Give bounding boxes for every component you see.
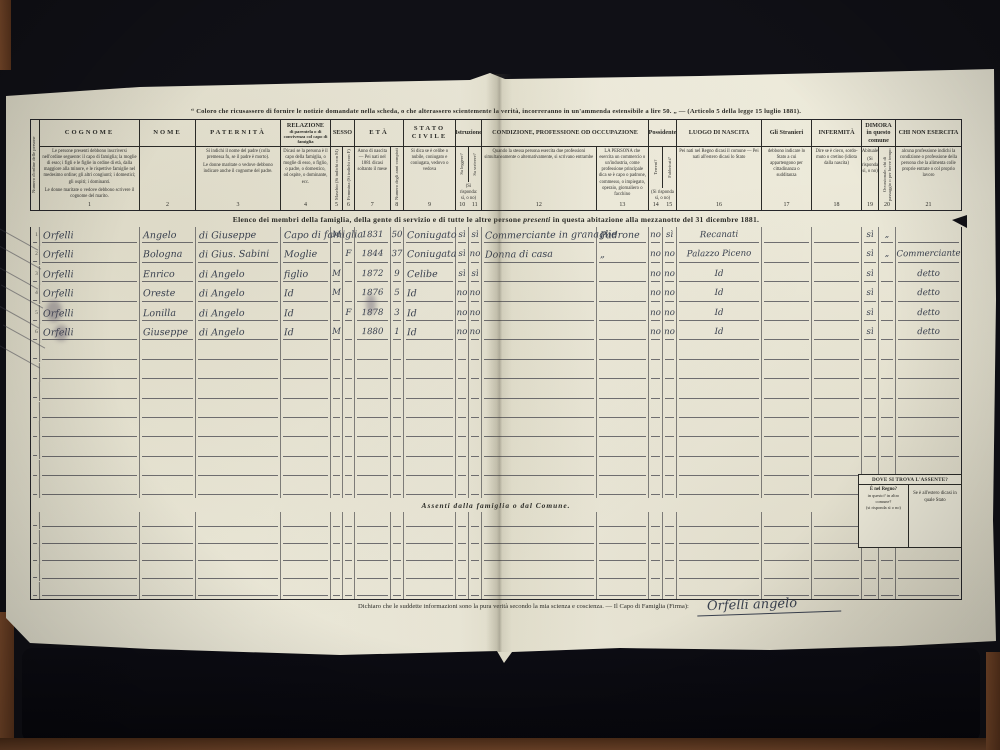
cell-fabbricati: no — [663, 266, 676, 279]
cell-infermita — [812, 421, 861, 426]
absent-box-in-regno: È nel Regno? in questo? in altro comune?… — [859, 485, 909, 547]
census-form: “ Coloro che ricusassero di fornire le n… — [30, 106, 962, 614]
cell-numero — [31, 460, 40, 479]
cell-nome — [140, 529, 195, 534]
cell-anni-compiuti: 50 — [391, 227, 403, 240]
cell-luogo-nascita — [677, 512, 761, 517]
cell-sesso-m — [331, 401, 342, 405]
cell-relazione — [281, 362, 330, 367]
cell-stranieri — [762, 512, 811, 517]
cell-luogo-nascita: Recanati — [677, 226, 761, 240]
cell-anno-nascita — [355, 343, 390, 347]
cell-cognome — [40, 420, 139, 425]
col-header-stranieri: Gli Stranieri debbono indicare lo Stato … — [762, 120, 812, 210]
list-title: Elenco dei membri della famiglia, della … — [30, 211, 962, 227]
cell-fabbricati — [663, 460, 676, 464]
cell-chi-alimenta: detto — [896, 265, 961, 278]
cell-persona — [597, 265, 648, 270]
cell-chi-alimenta — [896, 440, 961, 445]
cell-sa-scrivere — [469, 547, 481, 551]
cell-paternita — [196, 362, 280, 367]
cell-paternita: di Giuseppe — [196, 226, 280, 241]
cell-dimora-abituale — [862, 343, 878, 347]
cell-relazione — [281, 382, 330, 387]
cell-sa-scrivere — [469, 363, 481, 367]
cell-terreni: no — [649, 304, 662, 317]
cell-sa-scrivere — [469, 564, 481, 568]
cell-dimora-occasionale — [879, 343, 895, 347]
col-header-paternita: PATERNITÀ Si indichi il nome del padre (… — [196, 120, 281, 210]
cell-cognome — [40, 343, 139, 348]
cell-luogo-nascita: Id — [677, 285, 761, 299]
cell-terreni — [649, 479, 662, 483]
cell-terreni — [649, 564, 662, 568]
cell-terreni: no — [649, 324, 662, 337]
cell-paternita: di Angelo — [196, 265, 280, 280]
col-header-infermita: INFERMITÀ Dire se è cieco, sordo-muto o … — [812, 120, 862, 210]
cell-cognome: Orfelli — [40, 285, 139, 300]
cell-infermita — [812, 581, 861, 586]
cell-dimora-occasionale: „ — [879, 227, 895, 240]
cell-terreni — [649, 421, 662, 425]
cell-terreni: no — [649, 266, 662, 279]
cell-sesso-f — [343, 227, 354, 231]
cell-dimora-abituale: sì — [862, 227, 878, 240]
cell-sesso-m — [331, 363, 342, 367]
cell-persona — [597, 401, 648, 406]
cell-terreni: no — [649, 285, 662, 298]
cell-chi-alimenta: detto — [896, 324, 961, 337]
cell-paternita — [196, 529, 280, 534]
cell-cognome — [40, 401, 139, 406]
table-row — [31, 460, 961, 479]
cell-terreni — [649, 440, 662, 444]
cell-sesso-m — [331, 479, 342, 483]
cell-terreni: no — [649, 227, 662, 240]
table-row — [31, 382, 961, 401]
cell-sesso-m — [331, 421, 342, 425]
legal-penalty-note: “ Coloro che ricusassero di fornire le n… — [30, 106, 962, 119]
cell-sa-scrivere: no — [469, 246, 481, 259]
cell-sesso-m — [331, 547, 342, 551]
cell-sa-leggere — [456, 440, 468, 444]
cell-fabbricati: no — [663, 246, 676, 259]
cell-sesso-f — [343, 479, 354, 483]
cell-paternita — [196, 420, 280, 425]
cell-paternita — [196, 343, 280, 348]
cell-infermita — [812, 246, 861, 251]
cell-infermita — [812, 440, 861, 445]
cell-sa-scrivere — [469, 582, 481, 586]
cell-relazione — [281, 564, 330, 569]
cell-condizione — [482, 343, 596, 348]
cell-chi-alimenta — [896, 401, 961, 406]
cell-sa-scrivere — [469, 479, 481, 483]
cell-sa-leggere — [456, 512, 468, 516]
cell-sa-scrivere: sì — [469, 227, 481, 240]
cell-condizione — [482, 420, 596, 425]
cell-relazione — [281, 343, 330, 348]
cell-anni-compiuti — [391, 460, 403, 464]
cell-dimora-occasionale — [879, 363, 895, 367]
cell-terreni — [649, 460, 662, 464]
cell-relazione — [281, 440, 330, 445]
cell-nome: Bologna — [140, 246, 195, 260]
cell-anno-nascita: 1872 — [355, 266, 390, 279]
cell-paternita — [196, 382, 280, 387]
ink-smudge — [54, 325, 68, 341]
cell-luogo-nascita — [677, 440, 761, 445]
cell-fabbricati — [663, 401, 676, 405]
cell-luogo-nascita — [677, 362, 761, 367]
cell-fabbricati: no — [663, 324, 676, 337]
cell-sa-scrivere — [469, 530, 481, 534]
cell-terreni — [649, 401, 662, 405]
cell-dimora-abituale: sì — [862, 304, 878, 317]
cell-sesso-m — [331, 530, 342, 534]
cell-stato-civile — [404, 440, 455, 445]
cell-infermita — [812, 227, 861, 232]
cell-anni-compiuti — [391, 564, 403, 568]
cell-stato-civile — [404, 564, 455, 569]
cell-persona — [597, 564, 648, 569]
cell-chi-alimenta — [896, 421, 961, 426]
cell-sesso-m — [331, 440, 342, 444]
table-row — [31, 363, 961, 382]
cell-luogo-nascita — [677, 401, 761, 406]
cell-numero — [31, 512, 40, 529]
cell-nome — [140, 479, 195, 484]
cell-anni-compiuti — [391, 479, 403, 483]
table-row: 1 Orfelli Angelo di Giuseppe Capo di fam… — [31, 227, 961, 246]
cell-persona — [597, 529, 648, 534]
cell-sa-leggere: no — [456, 304, 468, 317]
col-header-chi-non-esercita: CHI NON ESERCITA alcuna professione indi… — [896, 120, 961, 210]
cell-dimora-occasionale — [879, 324, 895, 328]
cell-sa-leggere — [456, 460, 468, 464]
cell-infermita — [812, 564, 861, 569]
cell-dimora-occasionale — [879, 440, 895, 444]
cell-chi-alimenta — [896, 581, 961, 586]
cell-cognome: Orfelli — [40, 226, 139, 241]
cell-cognome: Orfelli — [40, 246, 139, 261]
cell-dimora-abituale — [862, 460, 878, 464]
cell-dimora-abituale — [862, 421, 878, 425]
cell-fabbricati — [663, 564, 676, 568]
cell-infermita — [812, 324, 861, 329]
cell-fabbricati: sì — [663, 227, 676, 240]
cell-stranieri — [762, 581, 811, 586]
cell-sesso-f — [343, 582, 354, 586]
cell-sesso-f — [343, 343, 354, 347]
mouse-cursor — [952, 215, 967, 228]
cell-infermita — [812, 479, 861, 484]
cell-condizione — [482, 401, 596, 406]
table-row: 6 Orfelli Giuseppe di Angelo Id M 1880 1… — [31, 324, 961, 343]
cell-dimora-occasionale — [879, 582, 895, 586]
cell-condizione — [482, 459, 596, 464]
cell-sesso-m: M — [331, 266, 342, 279]
cell-stato-civile: Id — [404, 285, 455, 299]
cell-cognome — [40, 478, 139, 483]
cell-sesso-f — [343, 460, 354, 464]
cell-terreni: no — [649, 246, 662, 259]
cell-relazione: Id — [281, 304, 330, 318]
cell-chi-alimenta: detto — [896, 285, 961, 298]
cell-sa-leggere — [456, 530, 468, 534]
cell-terreni — [649, 547, 662, 551]
cell-dimora-occasionale — [879, 460, 895, 464]
cell-numero — [31, 564, 40, 581]
cell-sa-scrivere — [469, 382, 481, 386]
cell-anni-compiuti: 9 — [391, 266, 403, 279]
col-header-numero-ordine: Numero d'ordine delle persone — [31, 120, 40, 210]
cell-sesso-m: M — [331, 227, 342, 240]
cell-sesso-m — [331, 460, 342, 464]
cell-sa-scrivere — [469, 460, 481, 464]
cell-cognome — [40, 512, 139, 517]
col-header-condizione-professione: CONDIZIONE, PROFESSIONE OD OCCUPAZIONE Q… — [482, 120, 649, 210]
cell-stato-civile: Id — [404, 304, 455, 318]
col-header-relazione: RELAZIONE di parentela o di convivenza c… — [281, 120, 331, 210]
cell-condizione — [482, 362, 596, 367]
table-row — [31, 512, 961, 529]
cell-condizione — [482, 265, 596, 270]
cell-condizione — [482, 381, 596, 386]
cell-luogo-nascita — [677, 547, 761, 552]
ink-smudge — [366, 294, 376, 314]
cell-infermita — [812, 382, 861, 387]
cell-luogo-nascita — [677, 420, 761, 425]
cell-sesso-f — [343, 440, 354, 444]
cell-sa-scrivere: no — [469, 324, 481, 337]
cell-stranieri — [762, 421, 811, 426]
cell-paternita — [196, 459, 280, 464]
cell-sesso-f — [343, 266, 354, 270]
cell-sa-scrivere: no — [469, 285, 481, 298]
cell-stranieri — [762, 382, 811, 387]
cell-sesso-f: F — [343, 246, 354, 259]
cell-anni-compiuti: 3 — [391, 304, 403, 317]
cell-chi-alimenta: detto — [896, 304, 961, 317]
cell-sesso-m — [331, 304, 342, 308]
cell-fabbricati — [663, 547, 676, 551]
cell-nome — [140, 401, 195, 406]
cell-chi-alimenta — [896, 459, 961, 464]
cell-sesso-m — [331, 343, 342, 347]
wood-table-edge — [0, 612, 14, 750]
cell-dimora-occasionale — [879, 266, 895, 270]
cell-anni-compiuti — [391, 512, 403, 516]
cell-nome — [140, 564, 195, 569]
cell-relazione — [281, 512, 330, 517]
cell-sesso-f — [343, 324, 354, 328]
table-row: 2 Orfelli Bologna di Gius. Sabini Moglie… — [31, 246, 961, 265]
col-header-eta: ETÀ Anno di nascita — Pei nati nel 1881 … — [355, 120, 404, 210]
cell-anno-nascita — [355, 547, 390, 551]
cell-relazione: Capo di famiglia — [281, 227, 330, 241]
cell-relazione — [281, 581, 330, 586]
cell-sesso-m — [331, 582, 342, 586]
cell-persona — [597, 547, 648, 552]
cell-stato-civile — [404, 401, 455, 406]
cell-anni-compiuti — [391, 547, 403, 551]
table-row — [31, 440, 961, 459]
cell-anno-nascita: 1844 — [355, 246, 390, 259]
cell-persona — [597, 440, 648, 445]
cell-numero — [31, 479, 40, 498]
cell-anni-compiuti: 37 — [391, 246, 403, 259]
cell-persona — [597, 343, 648, 348]
cell-nome: Giuseppe — [140, 324, 195, 338]
cell-luogo-nascita: Id — [677, 323, 761, 337]
cell-dimora-abituale — [862, 440, 878, 444]
cell-nome — [140, 547, 195, 552]
cell-dimora-abituale — [862, 564, 878, 568]
col-header-istruzione: Istruzione Sa leggere? Sa scrivere? (Si … — [456, 120, 482, 210]
cell-stato-civile — [404, 382, 455, 387]
cell-stato-civile — [404, 581, 455, 586]
cell-sesso-m: M — [331, 324, 342, 337]
cell-relazione — [281, 479, 330, 484]
cell-paternita — [196, 401, 280, 406]
cell-persona — [597, 362, 648, 367]
cell-fabbricati — [663, 421, 676, 425]
cell-fabbricati — [663, 382, 676, 386]
cell-fabbricati — [663, 440, 676, 444]
cell-sa-leggere — [456, 343, 468, 347]
cell-anno-nascita — [355, 363, 390, 367]
cell-sa-leggere: no — [456, 324, 468, 337]
cell-relazione — [281, 529, 330, 534]
photograph-of-census-sheet: “ Coloro che ricusassero di fornire le n… — [0, 0, 1000, 750]
cell-sesso-f — [343, 382, 354, 386]
cell-anni-compiuti: 5 — [391, 285, 403, 298]
table-row — [31, 530, 961, 547]
cell-stato-civile: Coniugato — [404, 227, 455, 241]
cell-anni-compiuti — [391, 401, 403, 405]
cell-sa-scrivere — [469, 421, 481, 425]
cell-fabbricati: no — [663, 285, 676, 298]
cell-persona: Padrone — [597, 227, 648, 241]
cell-persona — [597, 285, 648, 290]
cell-stranieri — [762, 529, 811, 534]
cell-relazione — [281, 547, 330, 552]
wood-table-edge — [986, 652, 1000, 750]
cell-stato-civile — [404, 529, 455, 534]
col-header-luogo-di-nascita: LUOGO DI NASCITA Pei nati nel Regno dica… — [677, 120, 762, 210]
table-row — [31, 421, 961, 440]
cell-sesso-f — [343, 512, 354, 516]
cell-chi-alimenta — [896, 343, 961, 348]
cell-condizione — [482, 284, 596, 289]
cell-stranieri — [762, 304, 811, 309]
cell-dimora-abituale: sì — [862, 266, 878, 279]
cell-luogo-nascita — [677, 581, 761, 586]
cell-nome — [140, 512, 195, 517]
cell-sesso-m: M — [331, 285, 342, 298]
cell-stato-civile: Coniugata — [404, 246, 455, 260]
cell-dimora-occasionale — [879, 285, 895, 289]
cell-anni-compiuti: 1 — [391, 324, 403, 337]
cell-terreni — [649, 530, 662, 534]
cell-sa-leggere — [456, 564, 468, 568]
cell-sa-scrivere — [469, 343, 481, 347]
cell-persona — [597, 304, 648, 309]
cell-nome — [140, 581, 195, 586]
cell-numero — [31, 401, 40, 420]
ledger-binder-spine — [22, 648, 980, 742]
cell-sesso-f: F — [343, 304, 354, 317]
cell-anno-nascita: 1880 — [355, 324, 390, 337]
cell-sa-scrivere: sì — [469, 266, 481, 279]
cell-stato-civile — [404, 547, 455, 552]
table-row: 3 Orfelli Enrico di Angelo figlio M 1872… — [31, 266, 961, 285]
cell-anni-compiuti — [391, 421, 403, 425]
cell-sa-leggere — [456, 363, 468, 367]
cell-anni-compiuti — [391, 382, 403, 386]
cell-luogo-nascita: Palazzo Piceno — [677, 246, 761, 260]
cell-sesso-m — [331, 512, 342, 516]
table-body-lower — [30, 512, 962, 599]
wood-table-edge — [0, 738, 1000, 750]
cell-nome: Angelo — [140, 227, 195, 241]
cell-stato-civile — [404, 459, 455, 464]
cell-stato-civile — [404, 479, 455, 484]
cell-stato-civile — [404, 512, 455, 517]
cell-luogo-nascita — [677, 343, 761, 348]
cell-stranieri — [762, 479, 811, 484]
cell-persona — [597, 324, 648, 329]
cell-terreni — [649, 363, 662, 367]
cell-infermita — [812, 343, 861, 348]
cell-paternita: di Angelo — [196, 304, 280, 319]
cell-sesso-m — [331, 564, 342, 568]
cell-sa-scrivere — [469, 512, 481, 516]
cell-stranieri — [762, 265, 811, 270]
cell-condizione — [482, 529, 596, 534]
cell-luogo-nascita: Id — [677, 304, 761, 318]
cell-sa-leggere: sì — [456, 266, 468, 279]
cell-sesso-f — [343, 401, 354, 405]
cell-infermita — [812, 304, 861, 309]
cell-sa-scrivere — [469, 401, 481, 405]
cell-luogo-nascita: Id — [677, 265, 761, 279]
cell-cognome — [40, 581, 139, 586]
cell-fabbricati — [663, 582, 676, 586]
cell-nome — [140, 343, 195, 348]
cell-dimora-abituale: sì — [862, 324, 878, 337]
cell-stranieri — [762, 246, 811, 251]
cell-paternita — [196, 440, 280, 445]
cell-sa-leggere — [456, 479, 468, 483]
cell-relazione — [281, 459, 330, 464]
cell-stato-civile: Celibe — [404, 265, 455, 279]
cell-dimora-occasionale — [879, 421, 895, 425]
cell-sa-leggere — [456, 547, 468, 551]
cell-numero — [31, 440, 40, 459]
cell-cognome: Orfelli — [40, 265, 139, 280]
cell-sa-leggere — [456, 421, 468, 425]
cell-numero: 5 — [31, 305, 40, 324]
census-sheet-paper: “ Coloro che ricusassero di fornire le n… — [0, 0, 1000, 750]
cell-luogo-nascita — [677, 479, 761, 484]
cell-dimora-abituale — [862, 401, 878, 405]
table-row: 5 Orfelli Lonilla di Angelo Id F 1878 3 … — [31, 305, 961, 324]
cell-numero: 1 — [31, 227, 40, 246]
cell-numero — [31, 547, 40, 564]
cell-stranieri — [762, 401, 811, 406]
